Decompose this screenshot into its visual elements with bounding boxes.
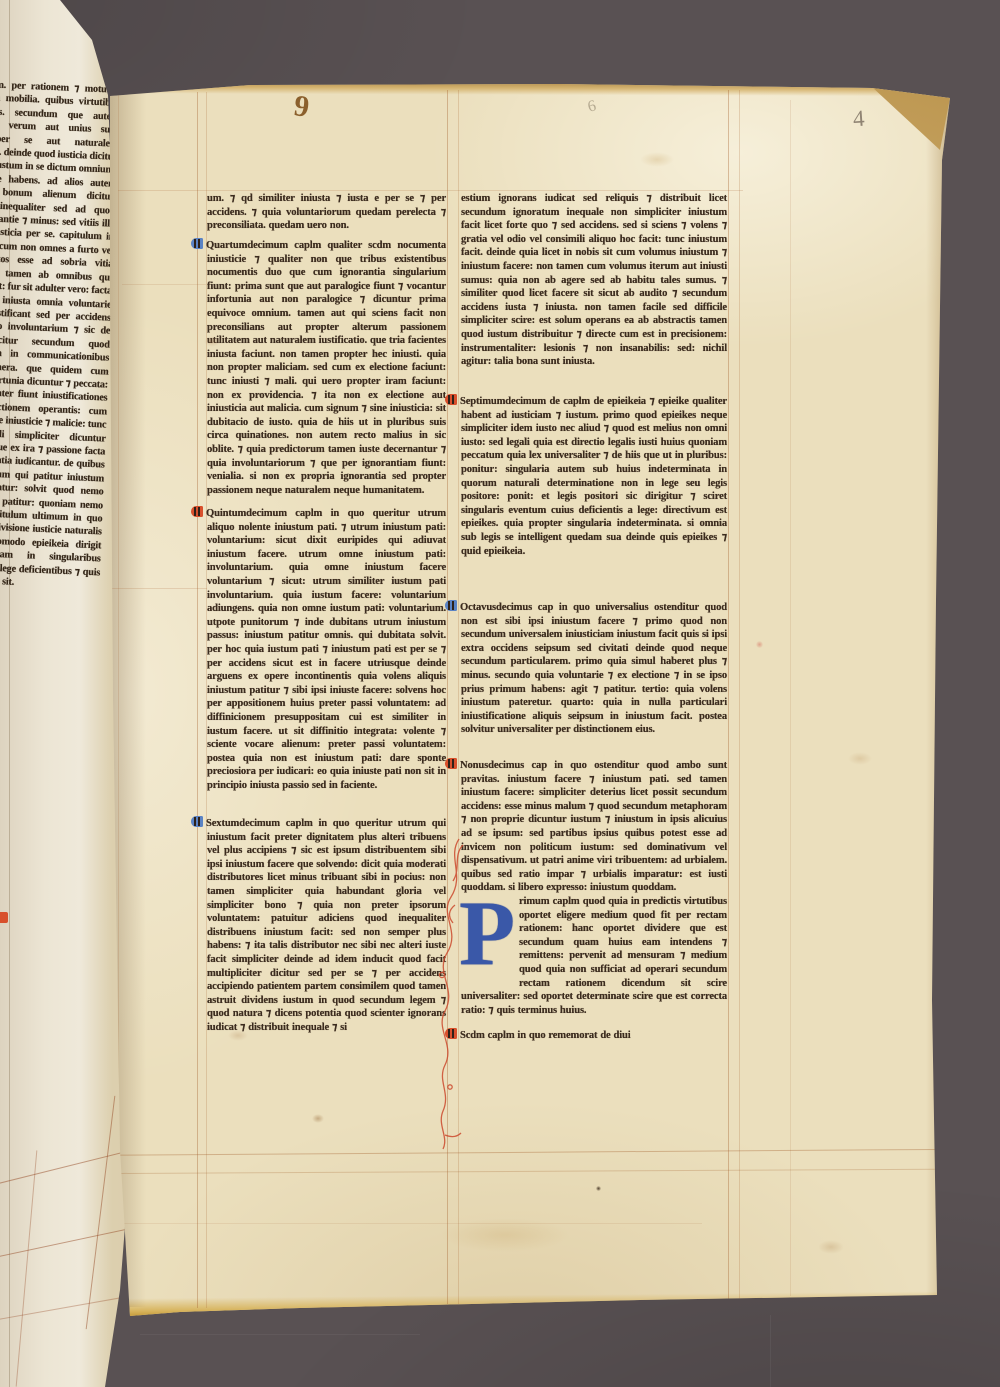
decorated-initial: P	[457, 897, 513, 979]
paragraph: Septimumdecimum de caplm de epieikeia ⁊ …	[461, 394, 727, 558]
paragraph-text: estium ignorans iudicat sed reliquis ⁊ d…	[461, 193, 727, 367]
text-column-left: um. ⁊ qd similiter iniusta ⁊ iusta e per…	[207, 192, 446, 1072]
paragraph-text: Scdm caplm in quo rememorat de diui	[460, 1030, 631, 1041]
ruling-line	[739, 90, 740, 1302]
pencil-mark: 6	[586, 97, 598, 116]
page-edge-right	[926, 92, 952, 1302]
paragraph-text: Sextumdecimum caplm in quo queritur utru…	[206, 818, 446, 1033]
parchment-stain	[228, 1030, 248, 1041]
paragraph: Quintumdecimum caplm in quo queritur utr…	[207, 506, 446, 792]
ruling-line	[60, 1149, 942, 1156]
paragraph-text: um. ⁊ qd similiter iniusta ⁊ iusta e per…	[207, 193, 446, 231]
ruling-line	[122, 284, 206, 285]
paragraph-text: Quintumdecimum caplm in quo queritur utr…	[206, 508, 446, 791]
pilcrow-mark	[191, 506, 203, 517]
ruling-line	[118, 190, 743, 191]
paragraph: Quartumdecimum caplm qualiter scdm nocum…	[207, 238, 446, 497]
pilcrow-mark	[445, 394, 457, 405]
ruling-line	[728, 90, 729, 1302]
parchment-stain	[818, 1240, 844, 1254]
backdrop-seam	[770, 1315, 771, 1387]
parchment-stain	[848, 752, 872, 765]
pilcrow-mark	[445, 1028, 457, 1039]
ruling-line	[16, 1150, 38, 1386]
ruling-line	[197, 92, 198, 1308]
ruling-line	[58, 1169, 938, 1175]
paragraph: estium ignorans iudicat sed reliquis ⁊ d…	[461, 192, 727, 369]
ruling-line	[86, 1096, 116, 1329]
pilcrow-mark	[0, 912, 8, 923]
paragraph-text: Quartumdecimum caplm qualiter scdm nocum…	[206, 240, 446, 496]
parchment-stain	[756, 641, 763, 648]
page-edge-bottom	[126, 1287, 941, 1320]
page-edge-top	[106, 82, 954, 99]
paragraph: um. ⁊ qd similiter iniusta ⁊ iusta e per…	[207, 192, 446, 233]
pilcrow-mark	[445, 758, 457, 769]
pilcrow-mark	[191, 816, 203, 827]
ruling-line	[790, 100, 791, 1296]
parchment-stain	[312, 1114, 324, 1123]
paragraph-text: Septimumdecimum de caplm de epieikeia ⁊ …	[460, 396, 727, 557]
photograph-backdrop: tis mobilium. per rationem ⁊ motuum que …	[0, 0, 1000, 1387]
previous-folio-text-fragment: tis mobilium. per rationem ⁊ motuum que …	[0, 77, 121, 593]
paragraph-text: Octavusdecimus cap in quo universalius o…	[460, 602, 727, 735]
pilcrow-mark	[445, 600, 457, 611]
ruling-line	[112, 1223, 702, 1224]
parchment-stain	[596, 1186, 601, 1191]
paragraph: Sextumdecimum caplm in quo queritur utru…	[207, 816, 446, 1035]
quire-mark: 9	[292, 89, 312, 125]
backdrop-seam	[140, 1334, 420, 1335]
paragraph-text: Nonusdecimus cap in quo ostenditur quod …	[460, 760, 727, 893]
initial-letter: P	[459, 891, 515, 975]
paragraph: Scdm caplm in quo rememorat de diui	[461, 1028, 727, 1043]
paragraph-with-initial: P rimum caplm quod quia in predictis vir…	[461, 895, 727, 1017]
folio-number: 4	[852, 106, 865, 133]
paragraph: Octavusdecimus cap in quo universalius o…	[461, 600, 727, 737]
paragraph: Nonusdecimus cap in quo ostenditur quod …	[461, 758, 727, 895]
text-column-right: estium ignorans iudicat sed reliquis ⁊ d…	[461, 192, 727, 1072]
ruling-line	[112, 588, 207, 589]
parchment-stain	[440, 1218, 570, 1252]
parchment-stain	[204, 336, 220, 347]
pilcrow-mark	[191, 238, 203, 249]
manuscript-page: 9 6 4 um. ⁊ qd similiter iniusta ⁊ iusta…	[0, 0, 1000, 1387]
parchment-stain	[640, 152, 674, 167]
